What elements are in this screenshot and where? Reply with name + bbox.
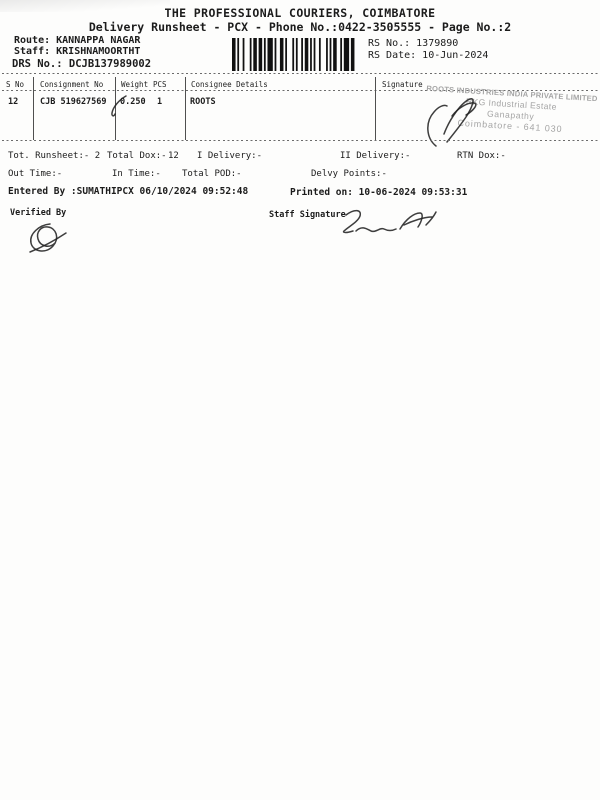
col-header-weight: Weight [121,80,148,89]
i-delivery-field: I Delivery:- [197,151,262,161]
entered-by-field: Entered By :SUMATHIPCX 06/10/2024 09:52:… [8,186,248,197]
rs-date-field: RS Date: 10-Jun-2024 [368,50,488,61]
rtn-dox-field: RTN Dox:- [457,151,506,161]
total-runsheet-field: Tot. Runsheet:- 2 [8,151,100,161]
verified-by-label: Verified By [10,208,66,218]
table-row-pcs: 1 [157,97,162,107]
separator-line-table-bottom [2,140,598,142]
total-pod-field: Total POD:- [182,169,242,179]
rs-no-field: RS No.: 1379890 [368,38,458,49]
in-time-field: In Time:- [112,169,161,179]
total-dox-value: 12 [168,151,179,161]
col-header-pcs: PCS [153,80,167,89]
drs-no-field: DRS No.: DCJB137989002 [12,58,151,70]
out-time-field: Out Time:- [8,169,62,179]
total-dox-label: Total Dox:- [107,151,167,161]
delivery-runsheet-document: THE PROFESSIONAL COURIERS, COIMBATORE De… [0,0,600,800]
route-field: Route: KANNAPPA NAGAR [14,35,140,46]
column-rule [375,77,376,140]
staff-field: Staff: KRISHNAMOORTHT [14,46,140,57]
table-row-consignee: ROOTS [190,97,216,107]
col-header-consignment-no: Consignment No [40,80,103,89]
column-rule [185,77,186,140]
barcode-icon [232,38,358,71]
runsheet-subtitle: Delivery Runsheet - PCX - Phone No.:0422… [0,20,600,34]
table-row-consignment-no: CJB 519627569 [40,97,107,107]
recipient-signature-scribble [420,92,490,154]
company-title: THE PROFESSIONAL COURIERS, COIMBATORE [0,6,600,20]
col-header-consignee-details: Consignee Details [191,80,268,89]
separator-line-top [2,73,598,75]
printed-on-field: Printed on: 10-06-2024 09:53:31 [290,187,467,198]
verified-by-signature-scribble [22,218,68,258]
pen-mark-consignment [104,94,130,120]
staff-signature-scribble [340,205,438,243]
table-row-s-no: 12 [8,97,18,107]
ii-delivery-field: II Delivery:- [340,151,410,161]
column-rule [33,77,34,140]
staff-signature-label: Staff Signature [269,210,346,220]
col-header-s-no: S No [6,80,24,89]
delvy-points-field: Delvy Points:- [311,169,387,179]
